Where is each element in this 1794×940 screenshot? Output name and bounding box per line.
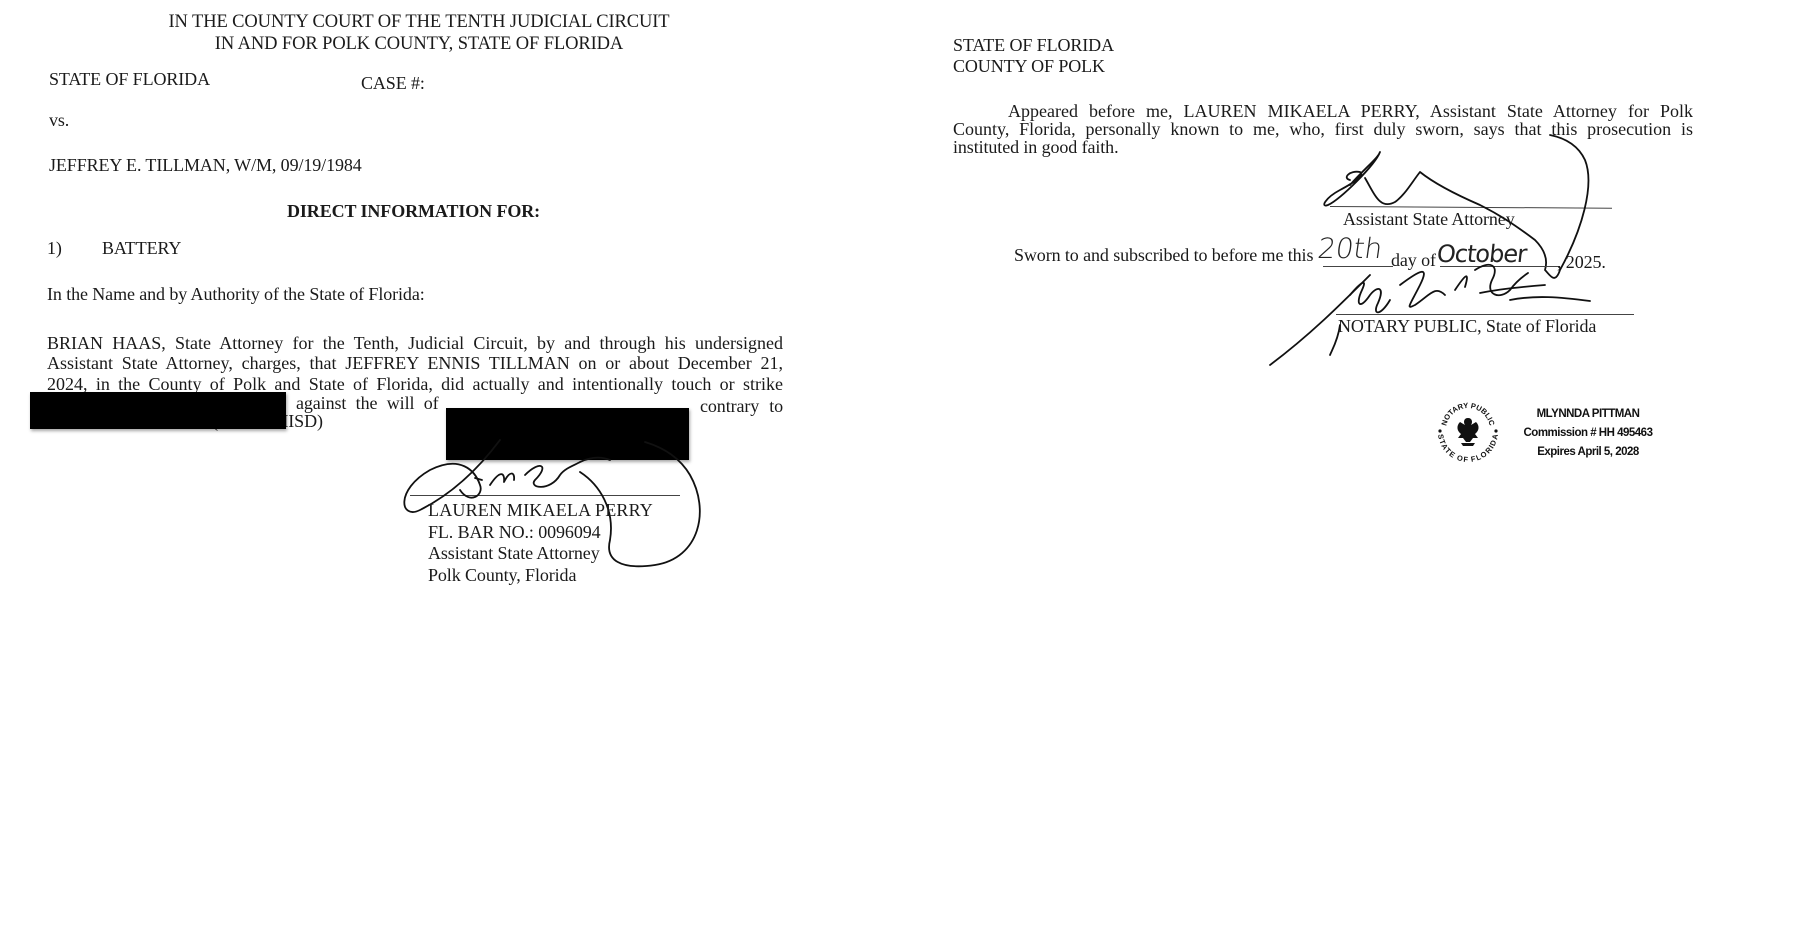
- authority-line: In the Name and by Authority of the Stat…: [47, 284, 425, 304]
- notary-seal-icon: NOTARY PUBLIC STATE OF FLORIDA: [1436, 398, 1500, 462]
- oath-line-3: instituted in good faith.: [953, 137, 1119, 157]
- signer-location: Polk County, Florida: [428, 565, 576, 585]
- court-header-line-2: IN AND FOR POLK COUNTY, STATE OF FLORIDA: [166, 34, 672, 54]
- redaction-box-victim-1: [30, 392, 286, 429]
- asa-signature-line: [410, 495, 680, 496]
- notary-title: NOTARY PUBLIC, State of Florida: [1338, 316, 1596, 336]
- day-blank-line: [1323, 266, 1393, 267]
- defendant-line: JEFFREY E. TILLMAN, W/M, 09/19/1984: [49, 155, 362, 175]
- case-number-label: CASE #:: [361, 73, 425, 93]
- sworn-prefix: Sworn to and subscribed to before me thi…: [1014, 245, 1313, 265]
- court-header-line-1: IN THE COUNTY COURT OF THE TENTH JUDICIA…: [166, 12, 672, 32]
- sworn-month-handwritten: October: [1436, 240, 1528, 268]
- body-line-4-middle: against the will of: [296, 393, 439, 413]
- oath-line-2: County, Florida, personally known to me,…: [953, 119, 1693, 139]
- body-line-2: Assistant State Attorney, charges, that …: [47, 353, 783, 373]
- notary-name: MLYNNDA PITTMAN: [1508, 405, 1668, 424]
- sworn-year: , 2025.: [1557, 252, 1606, 272]
- count-charge: BATTERY: [102, 238, 181, 258]
- notary-commission: Commission # HH 495463: [1508, 424, 1668, 443]
- redaction-box-victim-2: [446, 408, 689, 460]
- notary-signature-line: [1336, 314, 1634, 315]
- oath-line-1: Appeared before me, LAUREN MIKAELA PERRY…: [1008, 101, 1693, 121]
- signer-title: Assistant State Attorney: [428, 543, 600, 563]
- notary-expiration: Expires April 5, 2028: [1508, 443, 1668, 462]
- notary-stamp-text: MLYNNDA PITTMAN Commission # HH 495463 E…: [1508, 405, 1668, 462]
- notary-signature-icon: [1260, 255, 1620, 375]
- signer-bar-number: FL. BAR NO.: 0096094: [428, 522, 601, 542]
- plaintiff-label: STATE OF FLORIDA: [49, 69, 210, 89]
- signer-name: LAUREN MIKAELA PERRY: [428, 500, 653, 520]
- body-line-1: BRIAN HAAS, State Attorney for the Tenth…: [47, 333, 783, 353]
- affiant-title: Assistant State Attorney: [1343, 209, 1515, 229]
- information-heading: DIRECT INFORMATION FOR:: [287, 201, 540, 221]
- oath-state: STATE OF FLORIDA: [953, 35, 1114, 55]
- oath-county: COUNTY OF POLK: [953, 56, 1105, 76]
- sworn-day-of: day of: [1391, 250, 1436, 270]
- versus-label: vs.: [49, 110, 69, 130]
- sworn-day-handwritten: 20th: [1316, 232, 1385, 265]
- count-number: 1): [47, 238, 62, 258]
- body-line-3: 2024, in the County of Polk and State of…: [47, 374, 783, 394]
- body-line-4-end: contrary to: [700, 396, 783, 416]
